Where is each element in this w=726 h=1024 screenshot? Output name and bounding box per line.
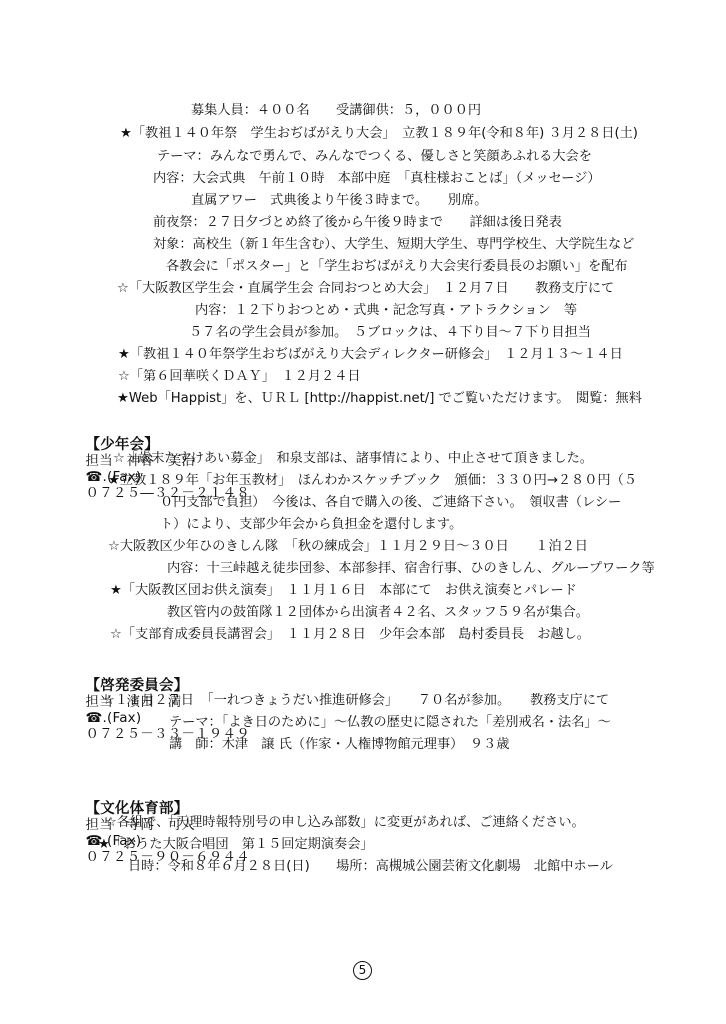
list-item: ト）により、支部少年会から負担金を還付します。 [160,517,462,533]
event-hanasaku-day: ☆「第６回華咲くＤＡＹ」 １２月２４日 [118,369,361,385]
list-item: ☆１１月２７日 「一れつきょうだい推進研修会」 ７０名が参加。 教務支庁にて [103,693,609,709]
list-item: ☆各組で、「天理時報特別号の申し込み部数」に変更があれば、ご連絡ください。 [105,815,585,831]
event-director-seminar: ★「教祖１４０年祭学生おぢばがえり大会ディレクター研修会」 １２月１３～１４日 [118,347,623,363]
happist-web-line: ★Web「Happist」を、ＵＲＬ [http://happist.net/]… [117,391,642,407]
event-gakusei-taikai: ★「教祖１４０年祭 学生おぢばがえり大会」 立教１８９年(令和８年) ３月２８日… [120,126,638,142]
list-item: 内容：十三峠越え徒歩団参、本部参拝、宿舎行事、ひのきしん、グループワーク等 [167,561,655,577]
eve-festival-line: 前夜祭：２７日夕づとめ終了後から午後９時まで 詳細は後日発表 [153,215,562,231]
otsutome-participants: ５７名の学生会員が参加。 ５ブロックは、４下り目～７下り目担当 [189,325,591,341]
list-item: ☆大阪教区少年ひのきしん隊 「秋の練成会」１１月２９日～３０日 １泊２日 [108,539,588,555]
list-item: テーマ：「よき日のために」～仏教の歴史に隠された「差別戒名・法名」～ [169,715,611,731]
page-number: 5 [353,961,372,980]
phone-fax-icon: ☎.(Fax) [86,710,142,726]
list-item: ☆「歳末たすけあい募金」 和泉支部は、諸事情により、中止させて頂きました。 [113,451,593,467]
target-line: 対象：高校生（新１年生含む）、大学生、短期大学生、専門学校生、大学院生など [153,237,634,253]
content-line-2: 直属アワー 式典後より午後３時まで。 別席。 [191,193,487,209]
list-item: ★「大阪教区団お供え演奏」 １１月１６日 本部にて お供え演奏とパレード [110,583,577,599]
list-item: ★立教１８９年「お年玉教材」 ほんわかスケッチブック 頒価：３３０円→２８０円（… [108,473,637,489]
recruit-info: 募集人員：４００名 受講御供：５，０００円 [191,103,481,119]
section-title: 【啓発委員会】 [86,678,182,694]
event-otsutome-taikai: ☆「大阪教区学生会・直属学生会 合同おつとめ大会」 １２月７日 教務支庁にて [117,281,614,297]
list-item: 講 師：木津 譲 氏（作家・人権博物館元理事） ９３歳 [169,737,509,753]
otsutome-content: 内容：１２下りおつとめ・式典・記念写真・アトラクション 等 [195,303,577,319]
list-item: 教区管内の鼓笛隊１２団体から出演者４２名、スタッフ５９名が集合。 [167,605,589,621]
theme-line: テーマ：みんなで勇んで、みんなでつくる、優しさと笑顔あふれる大会を [157,149,592,165]
list-item: ０円支部で負担） 今後は、各自で購入の後、ご連絡下さい。 領収書（レシー [160,495,621,511]
list-item: ☆「支部育成委員長講習会」 １１月２８日 少年会本部 島村委員長 お越し。 [110,627,590,643]
poster-line: 各教会に「ポスター」と「学生おぢばがえり大会実行委員長のお願い」を配布 [166,259,628,275]
content-line: 内容：大会式典 午前１０時 本部中庭 「真柱様おことば」（メッセージ） [153,171,601,187]
list-item: 日時：令和８年６月２８日(日) 場所：高槻城公園芸術文化劇場 北館中ホール [128,859,613,875]
list-item: ★「おうた大阪合唱団 第１５回定期演奏会」 [98,837,374,853]
